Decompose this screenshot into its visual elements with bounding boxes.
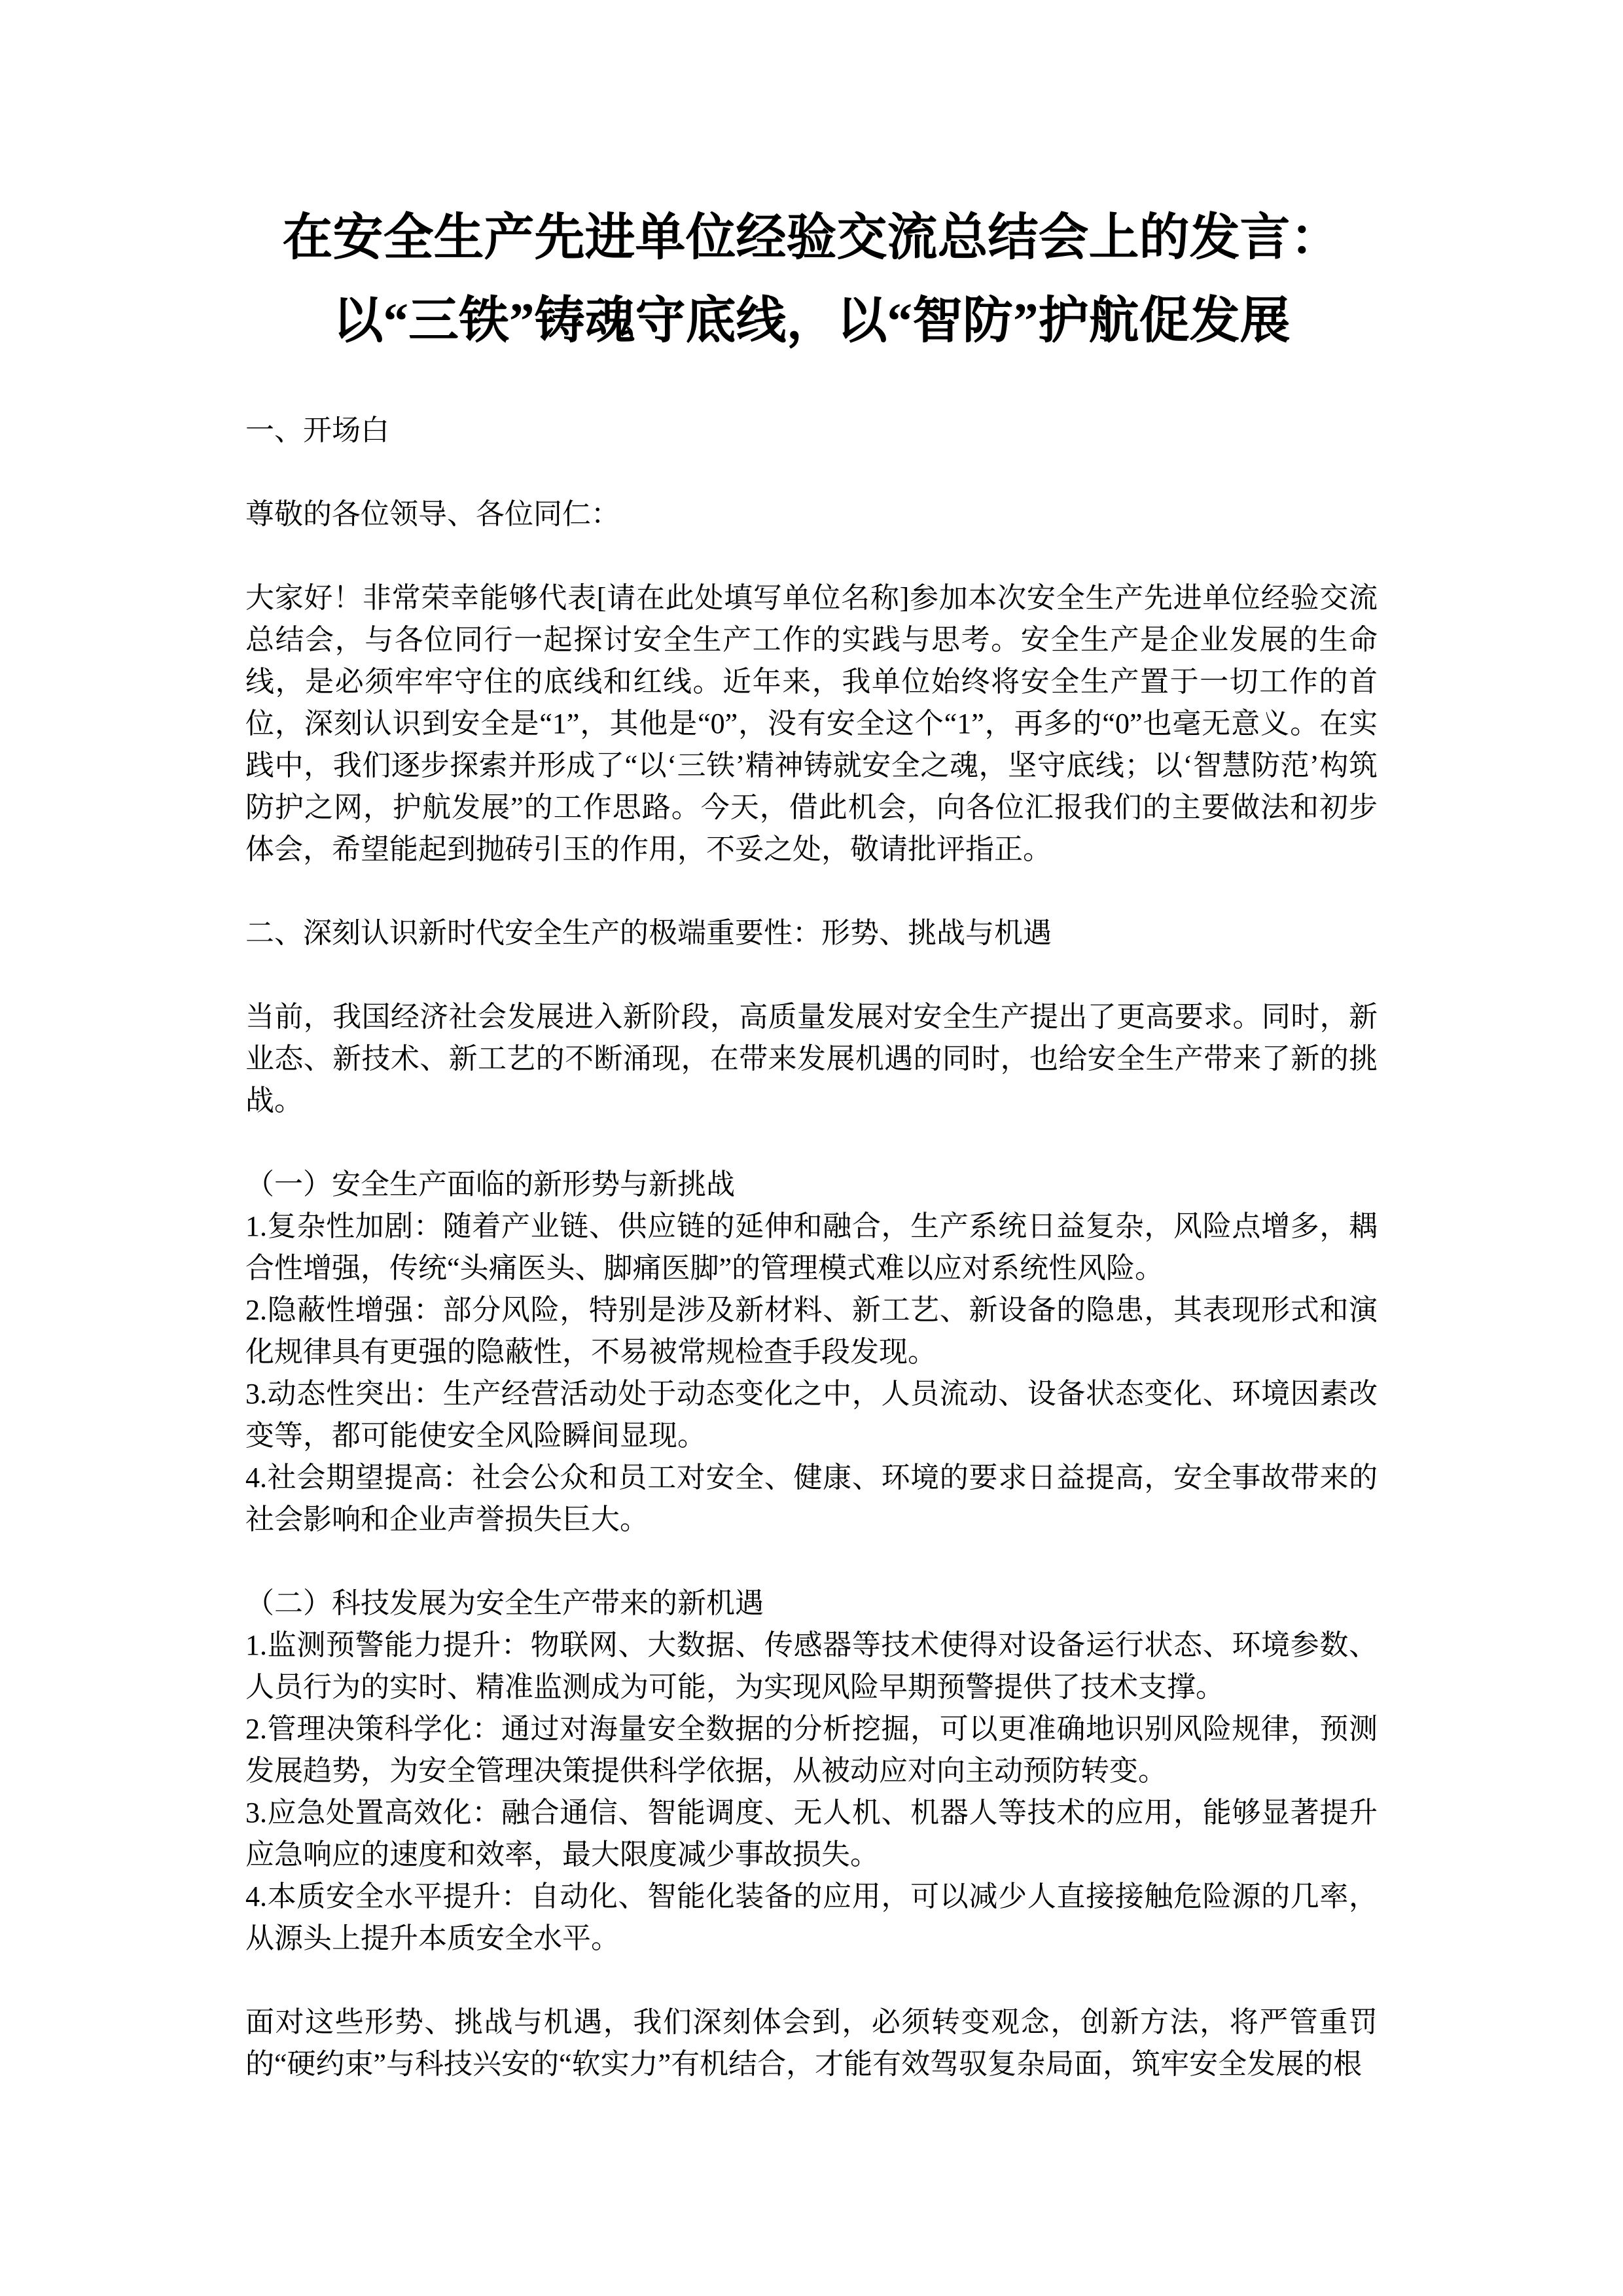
document-page: 在安全生产先进单位经验交流总结会上的发言：以“三铁”铸魂守底线，以“智防”护航促…	[0, 0, 1623, 2296]
challenge-item-1: 1.复杂性加剧：随着产业链、供应链的延伸和融合，生产系统日益复杂，风险点增多，耦…	[245, 1206, 1378, 1289]
document-title: 在安全生产先进单位经验交流总结会上的发言：以“三铁”铸魂守底线，以“智防”护航促…	[245, 196, 1378, 363]
subsection-heading-challenges: （一）安全生产面临的新形势与新挑战	[245, 1164, 1378, 1206]
challenge-item-3: 3.动态性突出：生产经营活动处于动态变化之中，人员流动、设备状态变化、环境因素改…	[245, 1373, 1378, 1457]
challenge-item-4: 4.社会期望提高：社会公众和员工对安全、健康、环境的要求日益提高，安全事故带来的…	[245, 1457, 1378, 1541]
opportunity-item-4: 4.本质安全水平提升：自动化、智能化装备的应用，可以减少人直接接触危险源的几率，…	[245, 1876, 1378, 1960]
opening-paragraph: 大家好！非常荣幸能够代表[请在此处填写单位名称]参加本次安全生产先进单位经验交流…	[245, 577, 1378, 870]
opportunity-item-3: 3.应急处置高效化：融合通信、智能调度、无人机、机器人等技术的应用，能够显著提升…	[245, 1792, 1378, 1876]
context-paragraph: 当前，我国经济社会发展进入新阶段，高质量发展对安全生产提出了更高要求。同时，新业…	[245, 996, 1378, 1122]
subsection-heading-opportunities: （二）科技发展为安全生产带来的新机遇	[245, 1583, 1378, 1624]
closing-paragraph-truncated: 面对这些形势、挑战与机遇，我们深刻体会到，必须转变观念，创新方法，将严管重罚的“…	[245, 2001, 1378, 2085]
section-heading-2: 二、深刻认识新时代安全生产的极端重要性：形势、挑战与机遇	[245, 912, 1378, 954]
opportunity-item-2: 2.管理决策科学化：通过对海量安全数据的分析挖掘，可以更准确地识别风险规律，预测…	[245, 1708, 1378, 1792]
challenge-item-2: 2.隐蔽性增强：部分风险，特别是涉及新材料、新工艺、新设备的隐患，其表现形式和演…	[245, 1289, 1378, 1373]
salutation-line: 尊敬的各位领导、各位同仁：	[245, 493, 1378, 535]
opportunity-item-1: 1.监测预警能力提升：物联网、大数据、传感器等技术使得对设备运行状态、环境参数、…	[245, 1624, 1378, 1708]
section-heading-opening: 一、开场白	[245, 410, 1378, 452]
